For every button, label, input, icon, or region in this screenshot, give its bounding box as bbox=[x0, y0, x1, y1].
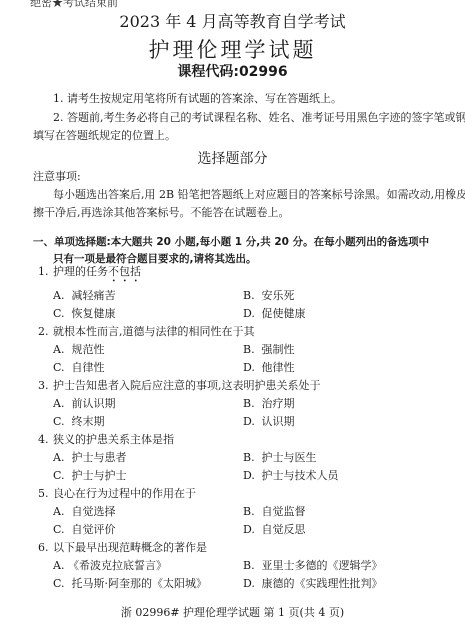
option-a: A. 自觉选择 bbox=[53, 503, 116, 521]
option-d: D. 认识期 bbox=[243, 413, 295, 431]
instruction-2-continued: 填写在答题纸规定的位置上。 bbox=[33, 127, 176, 145]
option-c: C. 恢复健康 bbox=[53, 305, 116, 323]
notice-line-2: 擦干净后,再选涂其他答案标号。不能答在试题卷上。 bbox=[33, 204, 290, 222]
question-number: 4. bbox=[38, 431, 53, 449]
option-b: B. 亚里士多德的《逻辑学》 bbox=[243, 557, 383, 575]
question-text: 护士告知患者入院后应注意的事项,这表明护患关系处于 bbox=[53, 379, 321, 392]
subject-title: 护理伦理学试题 bbox=[0, 34, 465, 64]
question-stem: 2.就根本性而言,道德与法律的相同性在于其 bbox=[38, 323, 255, 341]
option-c: C. 自觉评价 bbox=[53, 521, 116, 539]
option-c: C. 护士与护士 bbox=[53, 467, 127, 485]
emphasized-text: 不包括 bbox=[108, 265, 141, 278]
option-a: A. 护士与患者 bbox=[53, 449, 127, 467]
instruction-2: 2. 答题前,考生务必将自己的考试课程名称、姓名、准考证号用黑色字迹的签字笔或钢… bbox=[53, 109, 465, 127]
question-number: 6. bbox=[38, 539, 53, 557]
option-b: B. 护士与医生 bbox=[243, 449, 317, 467]
option-b: B. 强制性 bbox=[243, 341, 295, 359]
question-stem: 5.良心在行为过程中的作用在于 bbox=[38, 485, 196, 503]
option-d: D. 护士与技术人员 bbox=[243, 467, 339, 485]
option-a: A.《希波克拉底誓言》 bbox=[53, 557, 167, 575]
option-c: C. 托马斯·阿奎那的《太阳城》 bbox=[53, 575, 207, 593]
option-b: B. 自觉监督 bbox=[243, 503, 306, 521]
section-title: 选择题部分 bbox=[0, 148, 465, 168]
question-number: 5. bbox=[38, 485, 53, 503]
option-d: D. 促使健康 bbox=[243, 305, 306, 323]
option-d: D. 他律性 bbox=[243, 359, 295, 377]
question-number: 3. bbox=[38, 377, 53, 395]
question-text: 护理的任务 bbox=[53, 265, 108, 278]
question-number: 2. bbox=[38, 323, 53, 341]
option-c: C. 终末期 bbox=[53, 413, 105, 431]
question-stem: 6.以下最早出现范畴概念的著作是 bbox=[38, 539, 207, 557]
notice-line-1: 每小题选出答案后,用 2B 铅笔把答题纸上对应题目的答案标号涂黑。如需改动,用橡… bbox=[53, 186, 465, 204]
question-stem: 3.护士告知患者入院后应注意的事项,这表明护患关系处于 bbox=[38, 377, 321, 395]
question-text: 良心在行为过程中的作用在于 bbox=[53, 487, 196, 500]
option-b: B. 治疗期 bbox=[243, 395, 295, 413]
question-text: 狭义的护患关系主体是指 bbox=[53, 433, 174, 446]
exam-title: 2023 年 4 月高等教育自学考试 bbox=[0, 9, 465, 32]
part-one-heading: 一、单项选择题:本大题共 20 小题,每小题 1 分,共 20 分。在每小题列出… bbox=[33, 234, 429, 249]
course-code: 课程代码:02996 bbox=[0, 61, 465, 81]
option-d: D. 自觉反思 bbox=[243, 521, 306, 539]
option-a: A. 规范性 bbox=[53, 341, 105, 359]
option-c: C. 自律性 bbox=[53, 359, 105, 377]
option-b: B. 安乐死 bbox=[243, 287, 295, 305]
question-text: 以下最早出现范畴概念的著作是 bbox=[53, 541, 207, 554]
question-text: 就根本性而言,道德与法律的相同性在于其 bbox=[53, 325, 255, 338]
notice-label: 注意事项: bbox=[33, 168, 81, 186]
option-a: A. 前认识期 bbox=[53, 395, 116, 413]
option-a: A. 减轻痛苦 bbox=[53, 287, 116, 305]
instruction-1: 1. 请考生按规定用笔将所有试题的答案涂、写在答题纸上。 bbox=[53, 90, 342, 108]
question-stem: 4.狭义的护患关系主体是指 bbox=[38, 431, 174, 449]
question-stem: 1.护理的任务不包括 bbox=[38, 263, 141, 285]
page-footer: 浙 02996# 护理伦理学试题 第 1 页(共 4 页) bbox=[0, 604, 465, 620]
option-d: D. 康德的《实践理性批判》 bbox=[243, 575, 383, 593]
question-number: 1. bbox=[38, 263, 53, 281]
